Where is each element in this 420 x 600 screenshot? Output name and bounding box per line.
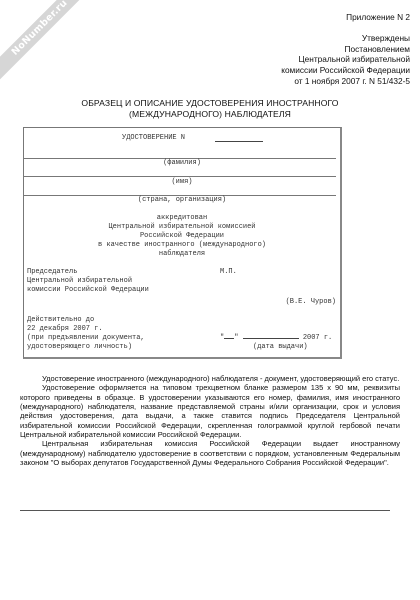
seal-label: М.П. (220, 268, 237, 277)
quote-close: " (234, 334, 238, 342)
title-line-2: (МЕЖДУНАРОДНОГО) НАБЛЮДАТЕЛЯ (0, 109, 420, 120)
valid-line: 22 декабря 2007 г. (27, 325, 103, 334)
name-caption: (имя) (24, 178, 340, 187)
valid-line: (при предъявлении документа, (27, 334, 145, 343)
description-text: Удостоверение иностранного (международно… (20, 374, 400, 467)
approval-line: от 1 ноября 2007 г. N 51/432-5 (281, 76, 410, 87)
certificate-number-label: УДОСТОВЕРЕНИЕ N (122, 134, 185, 143)
footer-divider (20, 510, 390, 511)
valid-line: удостоверяющего личность) (27, 343, 132, 352)
chairman-line: Центральной избирательной (27, 277, 132, 286)
issue-date-field: "" 2007 г. (220, 334, 332, 343)
issue-date-caption: (дата выдачи) (253, 343, 308, 352)
description-paragraph: Удостоверение иностранного (международно… (20, 374, 400, 383)
accredited-line: наблюдателя (24, 250, 340, 259)
certificate-sample-form: УДОСТОВЕРЕНИЕ N (фамилия) (имя) (страна,… (23, 127, 342, 359)
description-paragraph: Удостоверение оформляется на типовом тре… (20, 383, 400, 439)
chairman-line: Председатель (27, 268, 77, 277)
valid-line: Действительно до (27, 316, 94, 325)
approval-line: комиссии Российской Федерации (281, 65, 410, 76)
accredited-line: в качестве иностранного (международного) (24, 241, 340, 250)
name-line (24, 176, 336, 177)
title-line-1: ОБРАЗЕЦ И ОПИСАНИЕ УДОСТОВЕРЕНИЯ ИНОСТРА… (0, 98, 420, 109)
signatory-name: (В.Е. Чуров) (286, 298, 336, 307)
country-caption: (страна, организация) (24, 196, 340, 205)
issue-day-blank (224, 338, 234, 339)
watermark-ribbon: NoNumber.ru (0, 0, 102, 90)
approval-line: Утверждены (281, 33, 410, 44)
surname-caption: (фамилия) (24, 159, 340, 168)
annex-label: Приложение N 2 (281, 12, 410, 23)
approval-line: Постановлением (281, 44, 410, 55)
issue-month-blank (243, 338, 299, 339)
approval-line: Центральной избирательной (281, 54, 410, 65)
certificate-number-blank (215, 141, 263, 142)
accredited-line: Российской Федерации (24, 232, 340, 241)
accredited-line: Центральной избирательной комиссией (24, 223, 340, 232)
description-paragraph: Центральная избирательная комиссия Росси… (20, 439, 400, 467)
issue-year: 2007 г. (303, 334, 332, 342)
accredited-line: аккредитован (24, 214, 340, 223)
chairman-line: комиссии Российской Федерации (27, 286, 149, 295)
document-title: ОБРАЗЕЦ И ОПИСАНИЕ УДОСТОВЕРЕНИЯ ИНОСТРА… (0, 98, 420, 120)
approval-block: Приложение N 2 Утверждены Постановлением… (281, 12, 410, 87)
